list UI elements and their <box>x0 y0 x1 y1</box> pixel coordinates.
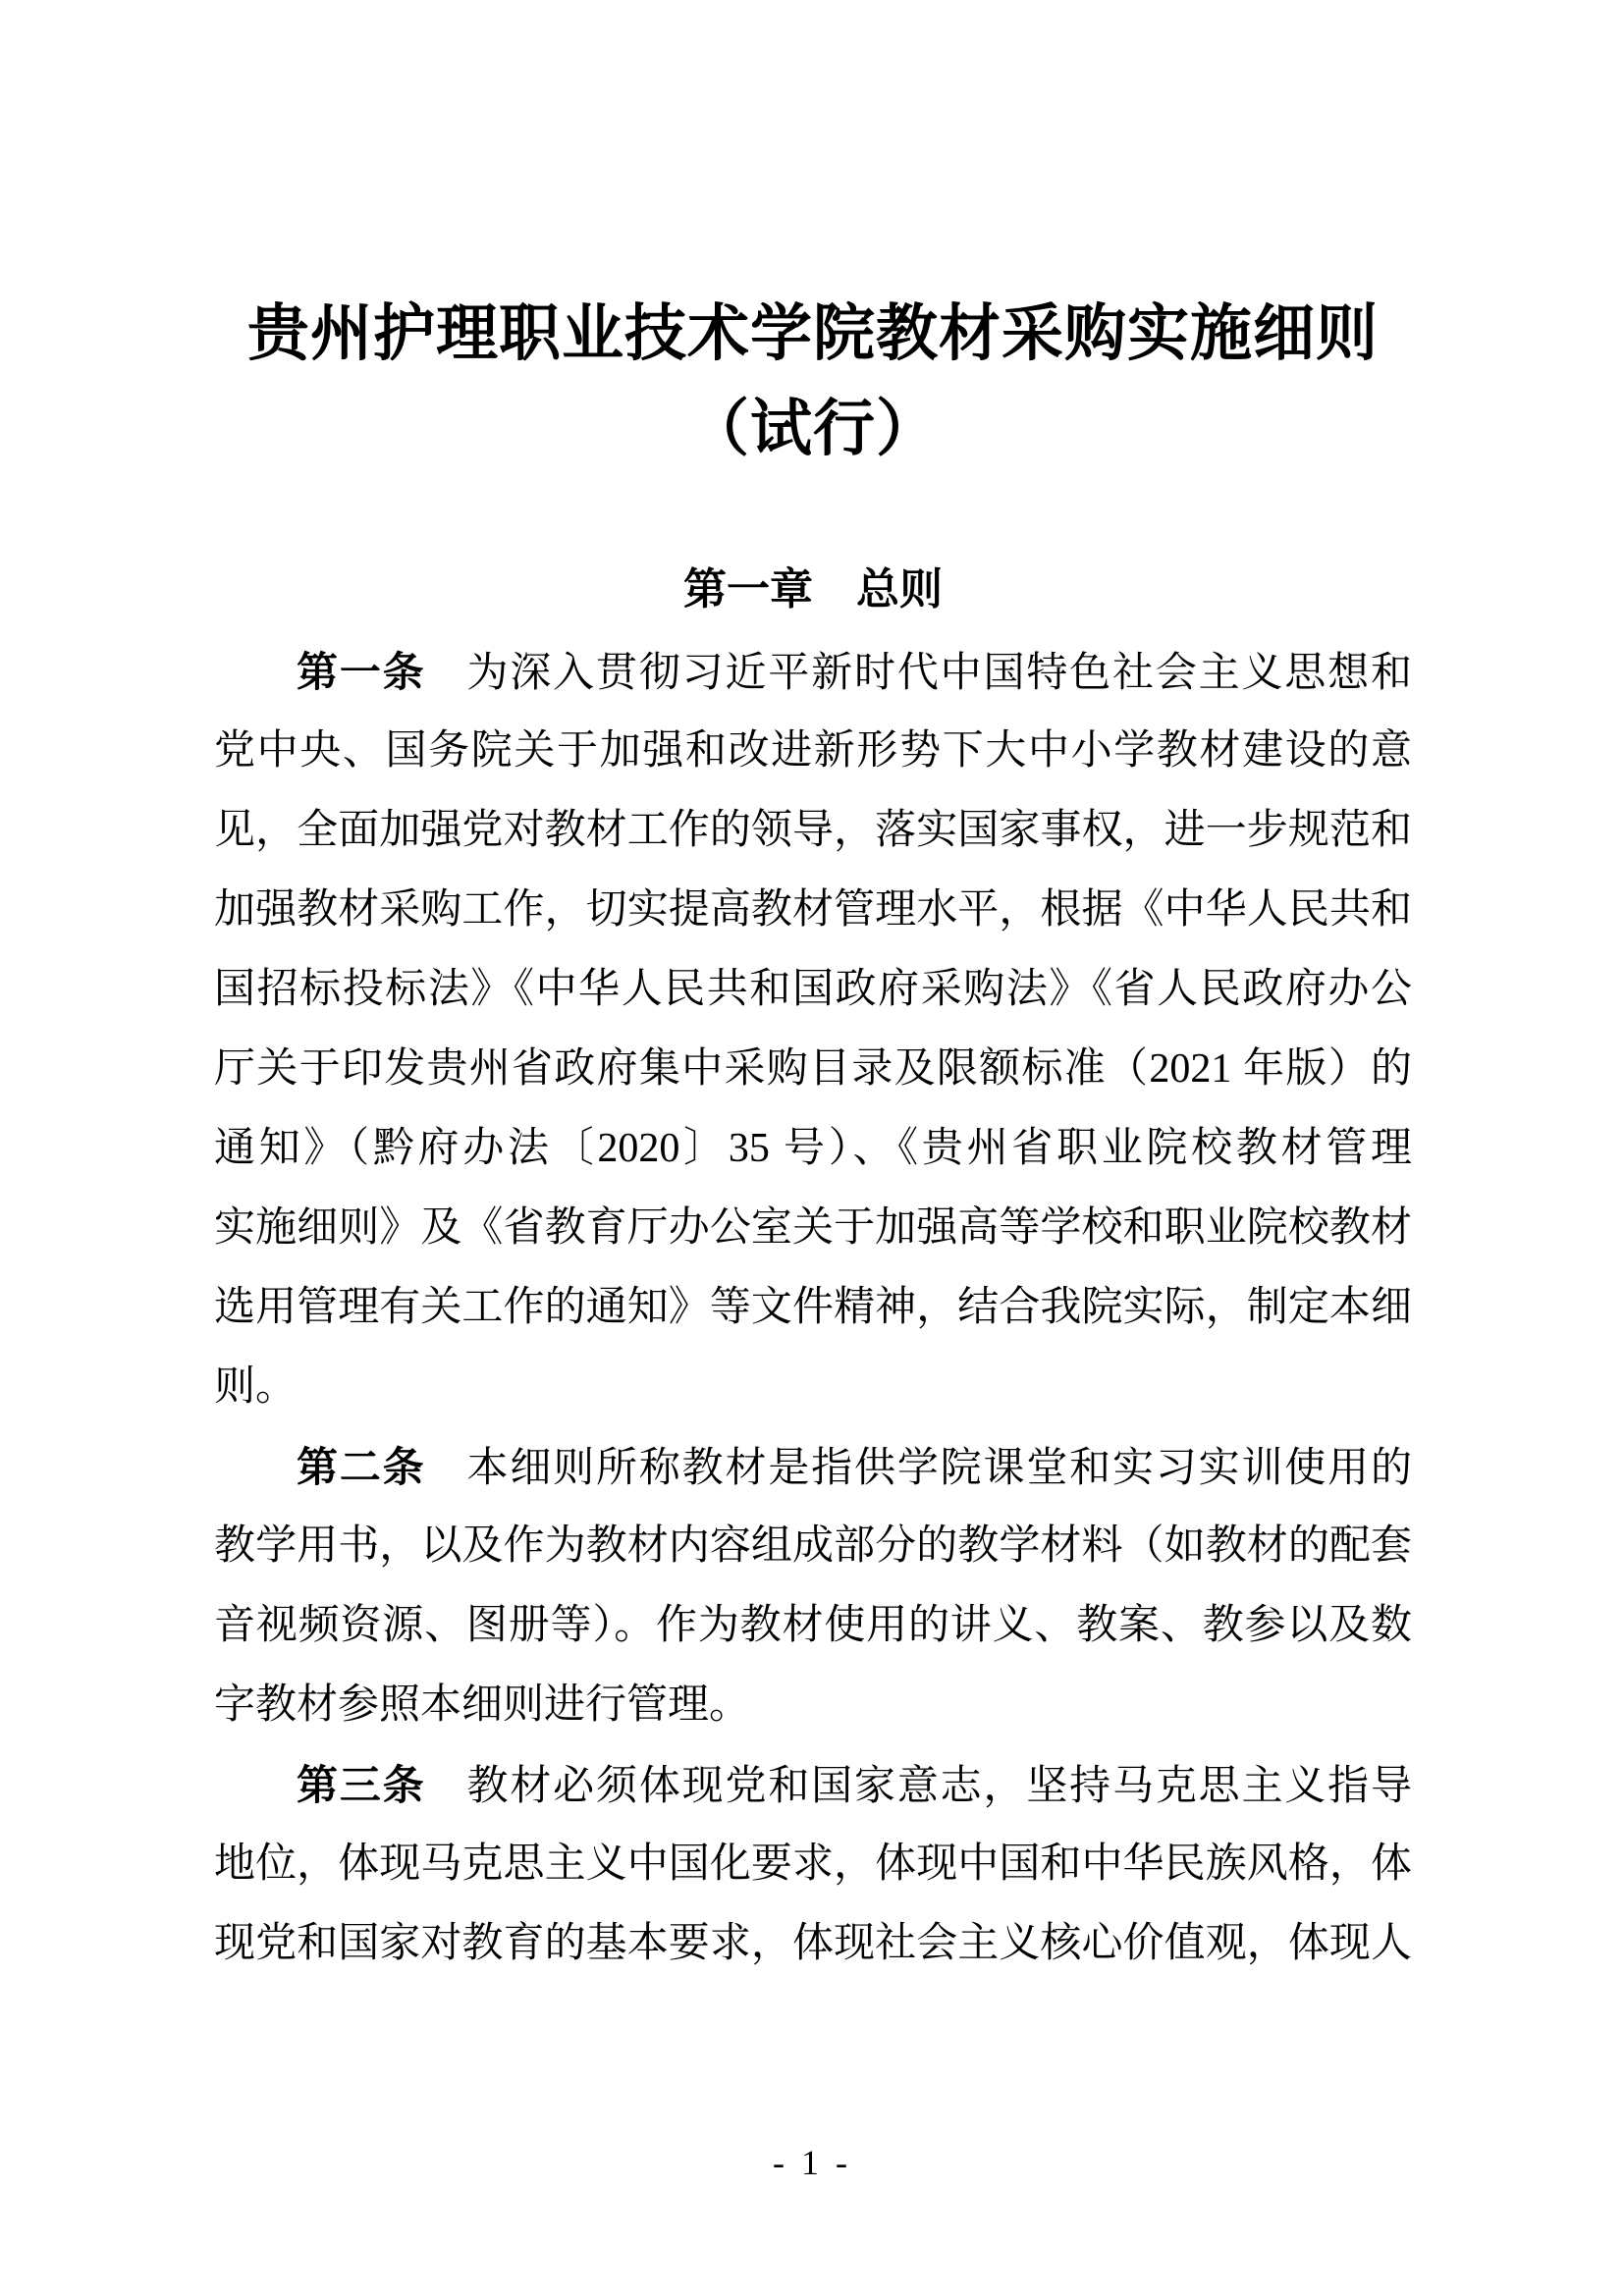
line-text: 厅关于印发贵州省政府集中采购目录及限额标准（2021 年版）的 <box>214 1046 1412 1092</box>
paragraph-1-line-4: 加强教材采购工作，切实提高教材管理水平，根据《中华人民共和 <box>214 871 1412 950</box>
document-title-line-2: （试行） <box>214 382 1412 477</box>
paragraph-1-line-5: 国招标投标法》《中华人民共和国政府采购法》《省人民政府办公 <box>214 950 1412 1030</box>
document-page: 贵州护理职业技术学院教材采购实施细则 （试行） 第一章 总则 第一条为深入贯彻习… <box>0 0 1624 2296</box>
line-text: 通知》（黔府办法〔2020〕35 号）、《贵州省职业院校教材管理 <box>214 1126 1412 1171</box>
line-text: 教学用书，以及作为教材内容组成部分的教学材料（如教材的配套 <box>214 1523 1412 1569</box>
document-title: 贵州护理职业技术学院教材采购实施细则 （试行） <box>214 287 1412 477</box>
paragraph-1-line-6: 厅关于印发贵州省政府集中采购目录及限额标准（2021 年版）的 <box>214 1030 1412 1109</box>
line-text: 国招标投标法》《中华人民共和国政府采购法》《省人民政府办公 <box>214 967 1412 1012</box>
line-text: 则。 <box>214 1364 297 1410</box>
paragraph-2-line-2: 教学用书，以及作为教材内容组成部分的教学材料（如教材的配套 <box>214 1507 1412 1586</box>
chapter-heading: 第一章 总则 <box>214 561 1412 619</box>
line-text: 党中央、国务院关于加强和改进新形势下大中小学教材建设的意 <box>214 728 1412 774</box>
paragraph-3-line-2: 地位，体现马克思主义中国化要求，体现中国和中华民族风格，体 <box>214 1825 1412 1904</box>
line-text: 音视频资源、图册等）。作为教材使用的讲义、教案、教参以及数 <box>214 1603 1412 1648</box>
line-text: 实施细则》及《省教育厅办公室关于加强高等学校和职业院校教材 <box>214 1205 1412 1251</box>
line-text: 教材必须体现党和国家意志，坚持马克思主义指导 <box>467 1764 1412 1809</box>
document-title-line-1: 贵州护理职业技术学院教材采购实施细则 <box>214 287 1412 382</box>
paragraph-3-line-1: 第三条教材必须体现党和国家意志，坚持马克思主义指导 <box>214 1745 1412 1825</box>
paragraph-2-line-3: 音视频资源、图册等）。作为教材使用的讲义、教案、教参以及数 <box>214 1586 1412 1666</box>
line-text: 字教材参照本细则进行管理。 <box>214 1682 750 1728</box>
document-body: 第一条为深入贯彻习近平新时代中国特色社会主义思想和党中央、国务院关于加强和改进新… <box>214 632 1412 1984</box>
paragraph-1-line-9: 选用管理有关工作的通知》等文件精神，结合我院实际，制定本细 <box>214 1268 1412 1348</box>
article-number-1: 第一条 <box>297 649 426 695</box>
line-text: 为深入贯彻习近平新时代中国特色社会主义思想和 <box>467 651 1412 696</box>
paragraph-1-line-2: 党中央、国务院关于加强和改进新形势下大中小学教材建设的意 <box>214 712 1412 791</box>
paragraph-3-line-3: 现党和国家对教育的基本要求，体现社会主义核心价值观，体现人 <box>214 1904 1412 1984</box>
paragraph-1-line-7: 通知》（黔府办法〔2020〕35 号）、《贵州省职业院校教材管理 <box>214 1109 1412 1189</box>
page-number: - 1 - <box>0 2141 1624 2184</box>
line-text: 现党和国家对教育的基本要求，体现社会主义核心价值观，体现人 <box>214 1921 1412 1966</box>
line-text: 加强教材采购工作，切实提高教材管理水平，根据《中华人民共和 <box>214 887 1412 933</box>
paragraph-1-line-3: 见，全面加强党对教材工作的领导，落实国家事权，进一步规范和 <box>214 791 1412 871</box>
paragraph-1-line-10: 则。 <box>214 1348 1412 1427</box>
article-number-3: 第三条 <box>297 1762 426 1808</box>
line-text: 本细则所称教材是指供学院课堂和实习实训使用的 <box>467 1446 1412 1491</box>
line-text: 见，全面加强党对教材工作的领导，落实国家事权，进一步规范和 <box>214 808 1412 853</box>
article-number-2: 第二条 <box>297 1444 426 1490</box>
paragraph-2-line-4: 字教材参照本细则进行管理。 <box>214 1666 1412 1745</box>
paragraph-1-line-8: 实施细则》及《省教育厅办公室关于加强高等学校和职业院校教材 <box>214 1189 1412 1268</box>
paragraph-2-line-1: 第二条本细则所称教材是指供学院课堂和实习实训使用的 <box>214 1427 1412 1507</box>
paragraph-1-line-1: 第一条为深入贯彻习近平新时代中国特色社会主义思想和 <box>214 632 1412 712</box>
line-text: 选用管理有关工作的通知》等文件精神，结合我院实际，制定本细 <box>214 1285 1412 1330</box>
page-content: 贵州护理职业技术学院教材采购实施细则 （试行） 第一章 总则 第一条为深入贯彻习… <box>0 0 1624 1984</box>
line-text: 地位，体现马克思主义中国化要求，体现中国和中华民族风格，体 <box>214 1842 1412 1887</box>
